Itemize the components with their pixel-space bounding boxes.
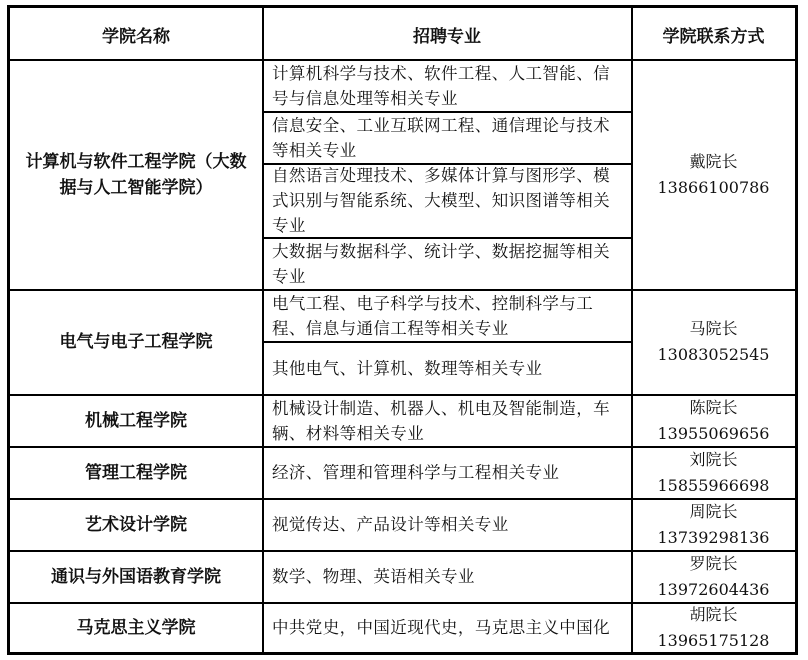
major-cell: 计算机科学与技术、软件工程、人工智能、信号与信息处理等相关专业 (263, 60, 631, 111)
contact-phone: 13739298136 (658, 525, 770, 551)
major-cell: 信息安全、工业互联网工程、通信理论与技术等相关专业 (263, 112, 631, 163)
contact-cell: 陈院长 13955069656 (632, 395, 795, 446)
contact-phone: 13972604436 (658, 577, 770, 603)
contact-cell: 马院长 13083052545 (632, 290, 795, 394)
major-cell: 数学、物理、英语相关专业 (263, 551, 631, 602)
header-contact: 学院联系方式 (632, 8, 795, 60)
recruitment-table: 学院名称 招聘专业 学院联系方式 计算机与软件工程学院（大数据与人工智能学院） … (7, 5, 798, 655)
contact-phone: 13965175128 (658, 628, 770, 654)
header-majors: 招聘专业 (263, 8, 631, 60)
contact-name: 周院长 (689, 499, 737, 525)
contact-name: 陈院长 (689, 395, 737, 421)
major-cell: 视觉传达、产品设计等相关专业 (263, 499, 631, 550)
major-cell: 自然语言处理技术、多媒体计算与图形学、模式识别与智能系统、大模型、知识图谱等相关… (263, 164, 631, 237)
contact-phone: 15855966698 (658, 473, 770, 499)
header-college-name: 学院名称 (10, 8, 262, 60)
major-cell: 机械设计制造、机器人、机电及智能制造，车辆、材料等相关专业 (263, 395, 631, 446)
college-name: 管理工程学院 (10, 447, 262, 498)
college-name: 机械工程学院 (10, 395, 262, 446)
contact-cell: 刘院长 15855966698 (632, 447, 795, 498)
college-name: 艺术设计学院 (10, 499, 262, 550)
major-cell: 电气工程、电子科学与技术、控制科学与工程、信息与通信工程等相关专业 (263, 290, 631, 341)
contact-name: 胡院长 (689, 602, 737, 628)
contact-name: 戴院长 (689, 149, 737, 175)
major-cell: 中共党史，中国近现代史，马克思主义中国化 (263, 603, 631, 652)
major-cell: 经济、管理和管理科学与工程相关专业 (263, 447, 631, 498)
contact-name: 马院长 (689, 316, 737, 342)
college-name: 电气与电子工程学院 (10, 290, 262, 394)
major-cell: 大数据与数据科学、统计学、数据挖掘等相关专业 (263, 238, 631, 289)
contact-cell: 周院长 13739298136 (632, 499, 795, 550)
college-name: 通识与外国语教育学院 (10, 551, 262, 602)
contact-cell: 戴院长 13866100786 (632, 60, 795, 289)
contact-cell: 罗院长 13972604436 (632, 551, 795, 602)
college-name: 马克思主义学院 (10, 603, 262, 652)
contact-phone: 13866100786 (658, 175, 770, 201)
contact-name: 罗院长 (689, 551, 737, 577)
college-name: 计算机与软件工程学院（大数据与人工智能学院） (10, 60, 262, 289)
major-cell: 其他电气、计算机、数理等相关专业 (263, 342, 631, 394)
contact-name: 刘院长 (689, 447, 737, 473)
contact-phone: 13955069656 (658, 421, 770, 447)
contact-phone: 13083052545 (658, 342, 770, 368)
contact-cell: 胡院长 13965175128 (632, 603, 795, 652)
